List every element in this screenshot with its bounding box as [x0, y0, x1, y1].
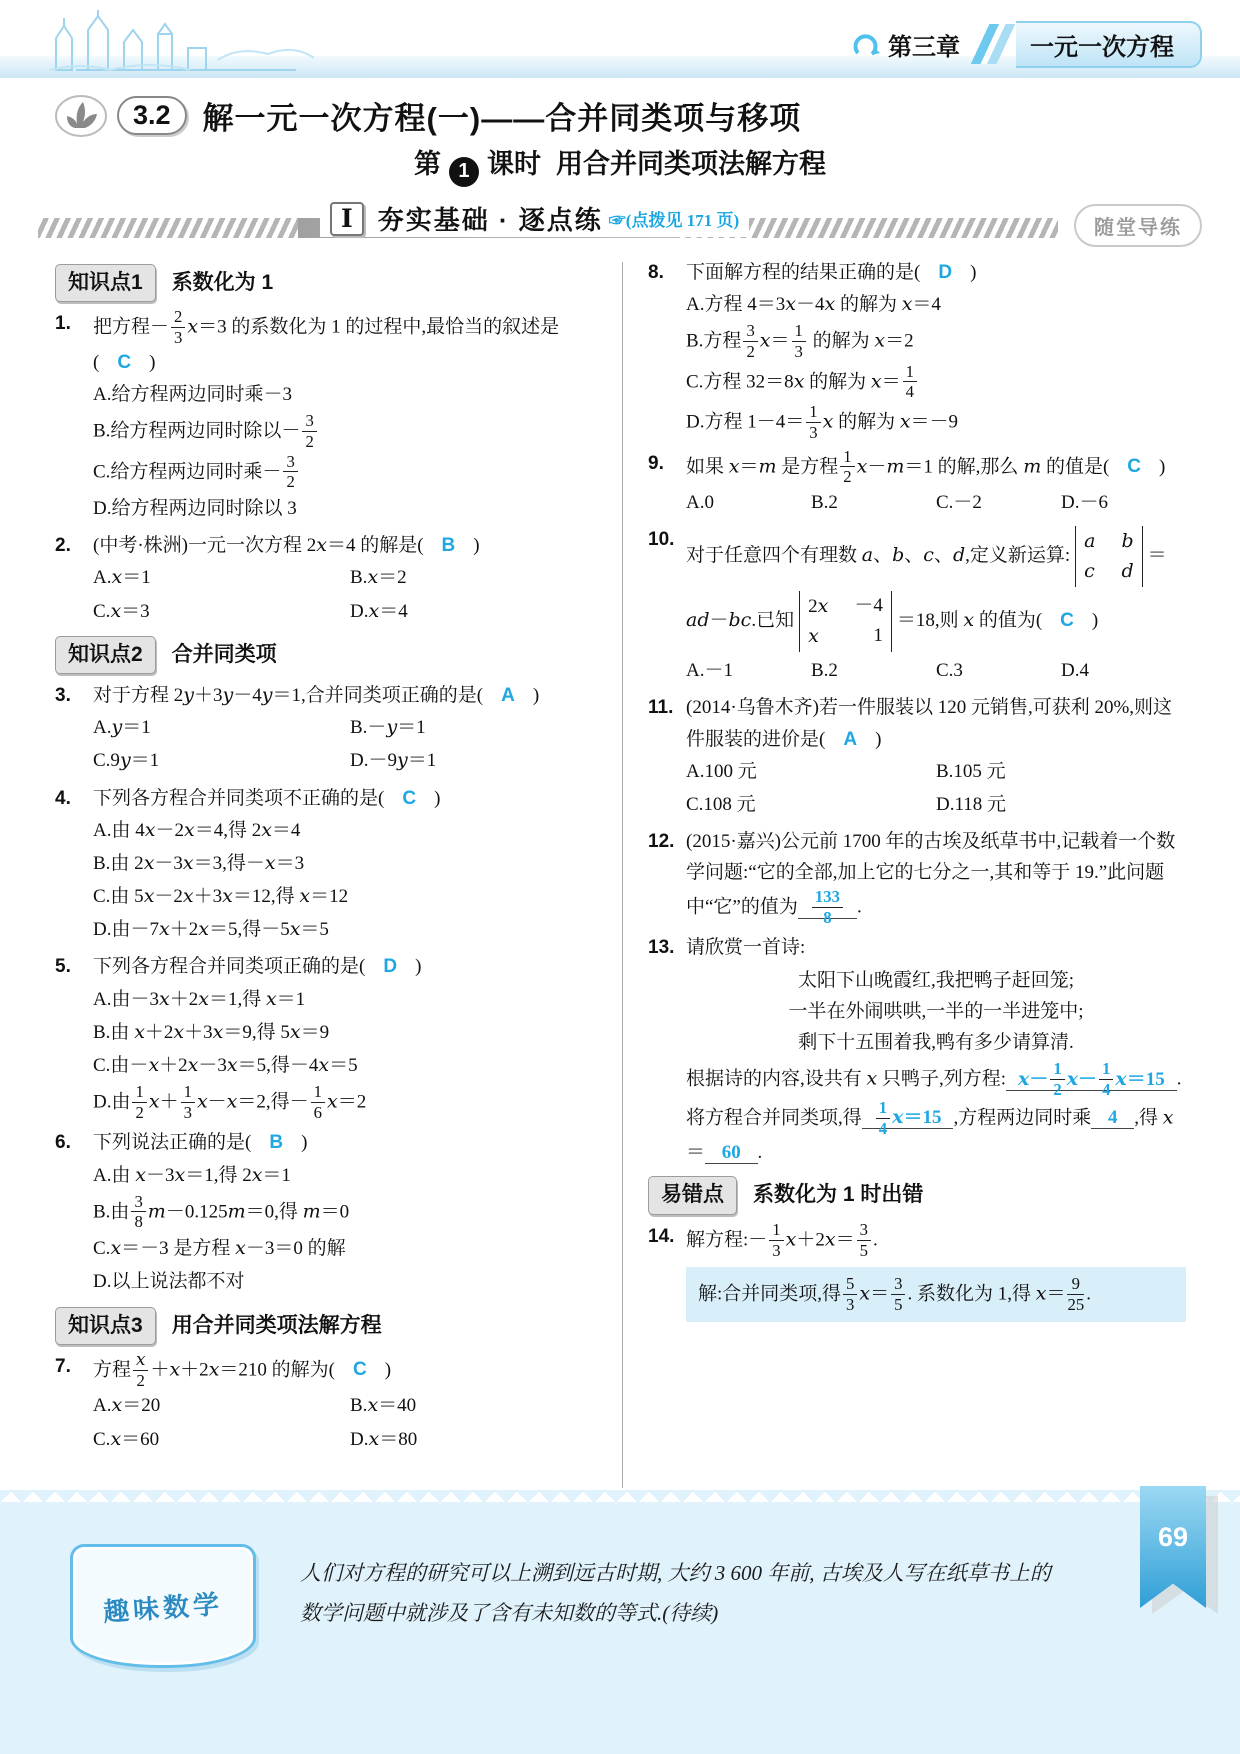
lesson-subtitle: 第1课时 用合并同类项法解方程: [0, 142, 1240, 187]
question-number: 10.: [648, 524, 686, 687]
question-body: 下列说法正确的是(B)A.由 x－3x＝1,得 2x＝1B.由38m－0.125…: [93, 1127, 607, 1298]
option-row: C.9y＝1D.－9y＝1: [93, 744, 607, 777]
option: A.100 元: [686, 755, 936, 788]
option-row: A.100 元B.105 元: [686, 755, 1186, 788]
option: D.由－7x＋2x＝5,得－5x＝5: [93, 913, 607, 946]
question-stem: (2015·嘉兴)公元前 1700 年的古埃及纸草书中,记载着一个数学问题:“它…: [686, 826, 1186, 927]
knowledge-point-title: 系数化为 1 时出错: [753, 1178, 923, 1212]
question-number: 8.: [648, 257, 686, 443]
option: D.给方程两边同时除以 3: [93, 492, 607, 525]
option: D.以上说法都不对: [93, 1265, 607, 1298]
option: B.给方程两边同时除以－32: [93, 411, 607, 451]
option-row: A.方程 4＝3x－4x 的解为 x＝4: [686, 288, 1186, 321]
banner-title: 夯实基础 · 逐点练: [378, 200, 603, 237]
question-number: 4.: [55, 783, 93, 947]
option: B.由38m－0.125m＝0,得 m＝0: [93, 1192, 607, 1232]
fill-answer: x－12x－14x＝15: [1006, 1069, 1177, 1091]
question-4: 4.下列各方程合并同类项不正确的是(C)A.由 4x－2x＝4,得 2x＝4B.…: [55, 783, 607, 947]
fraction: 38: [131, 1193, 145, 1231]
question-number: 1.: [55, 308, 93, 525]
knowledge-point-badge: 知识点1: [55, 264, 156, 302]
fun-math-badge-label: 趣味数学: [102, 1583, 224, 1628]
workbook-page: 第三章 一元一次方程 3.2 解一元一次方程(一)——合并同类项与移项 第1课时…: [0, 0, 1240, 1754]
fraction: x2: [133, 1351, 148, 1389]
question-number: 9.: [648, 448, 686, 520]
question-1: 1.把方程－23x＝3 的系数化为 1 的过程中,最恰当的叙述是(C)A.给方程…: [55, 308, 607, 525]
curved-arrow-icon: [852, 29, 882, 59]
option: B.由 x＋2x＋3x＝9,得 5x＝9: [93, 1016, 607, 1049]
castle-illustration: [48, 8, 328, 74]
column-divider: [622, 262, 623, 1488]
question-stem: 下列各方程合并同类项正确的是(D): [93, 951, 607, 982]
answer-letter: D: [938, 262, 952, 283]
lesson-mid: 课时: [487, 149, 541, 179]
question-11: 11.(2014·乌鲁木齐)若一件服装以 120 元销售,可获利 20%,则这件…: [648, 692, 1186, 821]
option-row: A.x＝20B.x＝40: [93, 1389, 607, 1422]
chapter-tab: 第三章 一元一次方程: [852, 24, 1202, 64]
question-body: 把方程－23x＝3 的系数化为 1 的过程中,最恰当的叙述是(C)A.给方程两边…: [93, 308, 607, 525]
option-row: B.由38m－0.125m＝0,得 m＝0: [93, 1192, 607, 1232]
knowledge-point-badge: 知识点2: [55, 636, 156, 674]
fraction: 32: [743, 322, 757, 360]
fraction: 16: [311, 1083, 325, 1121]
option-row: B.给方程两边同时除以－32: [93, 411, 607, 451]
options: A.给方程两边同时乘－3B.给方程两边同时除以－32C.给方程两边同时乘－32D…: [93, 378, 607, 525]
option-row: B.由 2x－3x＝3,得－x＝3: [93, 847, 607, 880]
option: B.2: [811, 654, 936, 687]
chapter-title: 一元一次方程: [1016, 21, 1202, 68]
fraction: 35: [857, 1221, 871, 1259]
lesson-title: 用合并同类项法解方程: [556, 149, 826, 179]
determinant: abcd: [1075, 526, 1143, 587]
option-row: C.x＝3D.x＝4: [93, 595, 607, 628]
question-stem: 对于任意四个有理数 a、b、c、d,定义新运算:abcd＝ad－bc.已知2x－…: [686, 524, 1186, 654]
question-12: 12.(2015·嘉兴)公元前 1700 年的古埃及纸草书中,记载着一个数学问题…: [648, 826, 1186, 927]
option-row: D.以上说法都不对: [93, 1265, 607, 1298]
question-number: 5.: [55, 951, 93, 1122]
question-body: 请欣赏一首诗:太阳下山晚霞红,我把鸭子赶回笼;一半在外闹哄哄,一半的一半进笼中;…: [686, 932, 1186, 1169]
answer-letter: B: [442, 535, 456, 556]
option: A.给方程两边同时乘－3: [93, 378, 607, 411]
option-row: A.－1B.2C.3D.4: [686, 654, 1186, 687]
leaf-icon: [55, 92, 107, 138]
knowledge-point-row: 易错点系数化为 1 时出错: [648, 1176, 1186, 1214]
question-stem: 解方程:－13x＋2x＝35.: [686, 1221, 1186, 1259]
question-body: 解方程:－13x＋2x＝35.解:合并同类项,得53x＝35. 系数化为 1,得…: [686, 1221, 1186, 1322]
option-row: A.y＝1B.－y＝1: [93, 711, 607, 744]
chapter-label: 第三章: [888, 27, 960, 62]
option: C.3: [936, 654, 1061, 687]
fraction: 13: [181, 1083, 195, 1121]
question-stem: 请欣赏一首诗:: [686, 932, 1186, 963]
option: A.由－3x＋2x＝1,得 x＝1: [93, 983, 607, 1016]
banner-hint: ☞(点拨见 171 页): [609, 206, 739, 231]
fraction: 32: [283, 453, 297, 491]
fraction: 13: [792, 322, 806, 360]
option: A.－1: [686, 654, 811, 687]
question-body: (中考·株洲)一元一次方程 2x＝4 的解是(B)A.x＝1B.x＝2C.x＝3…: [93, 530, 607, 627]
fun-math-badge: 趣味数学: [70, 1544, 256, 1668]
question-body: (2014·乌鲁木齐)若一件服装以 120 元销售,可获利 20%,则这件服装的…: [686, 692, 1186, 821]
option: D.4: [1061, 654, 1186, 687]
options: A.y＝1B.－y＝1C.9y＝1D.－9y＝1: [93, 711, 607, 777]
section-number: 3.2: [117, 96, 187, 135]
option: D.由12x＋13x－x＝2,得－16x＝2: [93, 1082, 607, 1122]
options: A.由 x－3x＝1,得 2x＝1B.由38m－0.125m＝0,得 m＝0C.…: [93, 1159, 607, 1299]
question-number: 2.: [55, 530, 93, 627]
fraction: 14: [1099, 1060, 1113, 1098]
question-6: 6.下列说法正确的是(B)A.由 x－3x＝1,得 2x＝1B.由38m－0.1…: [55, 1127, 607, 1298]
fill-answer: 60: [705, 1142, 758, 1164]
question-stem: 下列各方程合并同类项不正确的是(C): [93, 783, 607, 814]
answer-letter: C: [1127, 456, 1141, 477]
option: B.2: [811, 486, 936, 519]
options: A.由 4x－2x＝4,得 2x＝4B.由 2x－3x＝3,得－x＝3C.由 5…: [93, 814, 607, 947]
knowledge-point-row: 知识点3用合并同类项法解方程: [55, 1307, 607, 1345]
question-number: 14.: [648, 1221, 686, 1322]
options: A.－1B.2C.3D.4: [686, 654, 1186, 687]
question-body: 下列各方程合并同类项正确的是(D)A.由－3x＋2x＝1,得 x＝1B.由 x＋…: [93, 951, 607, 1122]
option: A.0: [686, 486, 811, 519]
question-2: 2.(中考·株洲)一元一次方程 2x＝4 的解是(B)A.x＝1B.x＝2C.x…: [55, 530, 607, 627]
option-row: D.给方程两边同时除以 3: [93, 492, 607, 525]
fill-answer: 1338: [798, 897, 857, 919]
options: A.0B.2C.－2D.－6: [686, 486, 1186, 519]
question-stem: 下列说法正确的是(B): [93, 1127, 607, 1158]
option: A.x＝1: [93, 561, 350, 594]
knowledge-point-row: 知识点2合并同类项: [55, 636, 607, 674]
fraction: 53: [843, 1275, 857, 1313]
poem-line: 一半在外闹哄哄,一半的一半进笼中;: [686, 996, 1186, 1027]
fraction: 925: [1067, 1275, 1084, 1313]
options: A.x＝20B.x＝40C.x＝60D.x＝80: [93, 1389, 607, 1455]
question-number: 11.: [648, 692, 686, 821]
question-stem: 下面解方程的结果正确的是(D): [686, 257, 1186, 288]
banner-roman: Ⅰ: [330, 202, 364, 236]
knowledge-point-title: 合并同类项: [172, 638, 277, 672]
fraction: 12: [132, 1083, 146, 1121]
footer-band: 69 趣味数学 人们对方程的研究可以上溯到远古时期, 大约 3 600 年前, …: [0, 1502, 1240, 1754]
question-body: 对于方程 2y＋3y－4y＝1,合并同类项正确的是(A)A.y＝1B.－y＝1C…: [93, 680, 607, 777]
options: A.由－3x＋2x＝1,得 x＝1B.由 x＋2x＋3x＝9,得 5x＝9C.由…: [93, 983, 607, 1123]
fraction: 13: [769, 1221, 783, 1259]
question-stem: 如果 x＝m 是方程12x－m＝1 的解,那么 m 的值是(C): [686, 448, 1186, 486]
question-stem: 把方程－23x＝3 的系数化为 1 的过程中,最恰当的叙述是(C): [93, 308, 607, 378]
lesson-prefix: 第: [414, 149, 441, 179]
question-number: 13.: [648, 932, 686, 1169]
option: A.方程 4＝3x－4x 的解为 x＝4: [686, 288, 1186, 321]
option: C.给方程两边同时乘－32: [93, 452, 607, 492]
banner-hatch-left: [38, 218, 298, 238]
option-row: C.方程 32＝8x 的解为 x＝14: [686, 362, 1186, 402]
question-3: 3.对于方程 2y＋3y－4y＝1,合并同类项正确的是(A)A.y＝1B.－y＝…: [55, 680, 607, 777]
option-row: A.由 4x－2x＝4,得 2x＝4: [93, 814, 607, 847]
lesson-number-badge: 1: [449, 157, 479, 187]
option: A.x＝20: [93, 1389, 350, 1422]
knowledge-point-title: 系数化为 1: [172, 266, 274, 300]
knowledge-point-badge: 易错点: [648, 1176, 737, 1214]
option: C.方程 32＝8x 的解为 x＝14: [686, 362, 1186, 402]
section-title-row: 3.2 解一元一次方程(一)——合并同类项与移项: [55, 92, 801, 138]
question-13: 13.请欣赏一首诗:太阳下山晚霞红,我把鸭子赶回笼;一半在外闹哄哄,一半的一半进…: [648, 932, 1186, 1169]
question-5: 5.下列各方程合并同类项正确的是(D)A.由－3x＋2x＝1,得 x＝1B.由 …: [55, 951, 607, 1122]
answer-letter: B: [269, 1132, 283, 1153]
side-label-cloud: 随堂导练: [1074, 204, 1202, 247]
option: D.－9y＝1: [350, 744, 607, 777]
option: A.由 x－3x＝1,得 2x＝1: [93, 1159, 607, 1192]
section-title: 解一元一次方程(一)——合并同类项与移项: [203, 93, 802, 138]
knowledge-point-row: 知识点1系数化为 1: [55, 264, 607, 302]
option-row: B.方程32x＝13 的解为 x＝2: [686, 321, 1186, 361]
option-row: C.x＝－3 是方程 x－3＝0 的解: [93, 1232, 607, 1265]
fun-math-text: 人们对方程的研究可以上溯到远古时期, 大约 3 600 年前, 古埃及人写在纸草…: [300, 1554, 1060, 1634]
banner-title-box: Ⅰ 夯实基础 · 逐点练 ☞(点拨见 171 页): [320, 200, 749, 237]
question-stem: 将方程合并同类项,得14x＝15,方程两边同时乘 4 ,得 x＝ 60 .: [686, 1099, 1186, 1169]
question-7: 7.方程x2＋x＋2x＝210 的解为(C)A.x＝20B.x＝40C.x＝60…: [55, 1351, 607, 1456]
answer-letter: C: [117, 352, 131, 373]
fraction: 1338: [812, 888, 843, 926]
option: D.x＝80: [350, 1423, 607, 1456]
fill-answer: 4: [1091, 1107, 1134, 1129]
fraction: 12: [1050, 1060, 1064, 1098]
option: B.x＝40: [350, 1389, 607, 1422]
option: C.9y＝1: [93, 744, 350, 777]
right-column: 8.下面解方程的结果正确的是(D)A.方程 4＝3x－4x 的解为 x＝4B.方…: [648, 256, 1186, 1496]
solution-box: 解:合并同类项,得53x＝35. 系数化为 1,得 x＝925.: [686, 1267, 1186, 1321]
option-row: A.0B.2C.－2D.－6: [686, 486, 1186, 519]
question-body: 下面解方程的结果正确的是(D)A.方程 4＝3x－4x 的解为 x＝4B.方程3…: [686, 257, 1186, 443]
poem-line: 太阳下山晚霞红,我把鸭子赶回笼;: [686, 965, 1186, 996]
knowledge-point-badge: 知识点3: [55, 1307, 156, 1345]
question-number: 7.: [55, 1351, 93, 1456]
option-row: C.x＝60D.x＝80: [93, 1423, 607, 1456]
question-number: 3.: [55, 680, 93, 777]
answer-letter: C: [353, 1359, 367, 1380]
fraction: 13: [806, 403, 820, 441]
poem: 太阳下山晚霞红,我把鸭子赶回笼;一半在外闹哄哄,一半的一半进笼中;剩下十五围着我…: [686, 965, 1186, 1058]
option-row: C.由－x＋2x－3x＝5,得－4x＝5: [93, 1049, 607, 1082]
question-9: 9.如果 x＝m 是方程12x－m＝1 的解,那么 m 的值是(C)A.0B.2…: [648, 448, 1186, 520]
answer-letter: A: [843, 729, 857, 750]
option: C.x＝－3 是方程 x－3＝0 的解: [93, 1232, 607, 1265]
option: C.－2: [936, 486, 1061, 519]
option: D.118 元: [936, 788, 1186, 821]
fraction: 35: [891, 1275, 905, 1313]
answer-letter: C: [402, 788, 416, 809]
fraction: 23: [171, 308, 185, 346]
question-14: 14.解方程:－13x＋2x＝35.解:合并同类项,得53x＝35. 系数化为 …: [648, 1221, 1186, 1322]
question-body: 下列各方程合并同类项不正确的是(C)A.由 4x－2x＝4,得 2x＝4B.由 …: [93, 783, 607, 947]
option: C.由－x＋2x－3x＝5,得－4x＝5: [93, 1049, 607, 1082]
question-stem: (2014·乌鲁木齐)若一件服装以 120 元销售,可获利 20%,则这件服装的…: [686, 692, 1186, 754]
option-row: C.给方程两边同时乘－32: [93, 452, 607, 492]
fraction: 32: [302, 412, 316, 450]
options: A.100 元B.105 元C.108 元D.118 元: [686, 755, 1186, 821]
tab-divider: [970, 24, 1016, 64]
question-body: 方程x2＋x＋2x＝210 的解为(C)A.x＝20B.x＝40C.x＝60D.…: [93, 1351, 607, 1456]
options: A.方程 4＝3x－4x 的解为 x＝4B.方程32x＝13 的解为 x＝2C.…: [686, 288, 1186, 442]
answer-letter: A: [501, 685, 515, 706]
option: C.x＝60: [93, 1423, 350, 1456]
option: B.方程32x＝13 的解为 x＝2: [686, 321, 1186, 361]
question-stem: 方程x2＋x＋2x＝210 的解为(C): [93, 1351, 607, 1389]
option: B.由 2x－3x＝3,得－x＝3: [93, 847, 607, 880]
options: A.x＝1B.x＝2C.x＝3D.x＝4: [93, 561, 607, 627]
poem-line: 剩下十五围着我,鸭有多少请算清.: [686, 1027, 1186, 1058]
question-body: (2015·嘉兴)公元前 1700 年的古埃及纸草书中,记载着一个数学问题:“它…: [686, 826, 1186, 927]
question-8: 8.下面解方程的结果正确的是(D)A.方程 4＝3x－4x 的解为 x＝4B.方…: [648, 257, 1186, 443]
option: C.x＝3: [93, 595, 350, 628]
option: C.由 5x－2x＋3x＝12,得 x＝12: [93, 880, 607, 913]
question-stem: 根据诗的内容,设共有 x 只鸭子,列方程:x－12x－14x＝15.: [686, 1060, 1186, 1098]
option-row: C.108 元D.118 元: [686, 788, 1186, 821]
option-row: A.x＝1B.x＝2: [93, 561, 607, 594]
answer-letter: C: [1060, 610, 1074, 631]
fraction: 14: [903, 363, 917, 401]
option: D.方程 1－4＝13x 的解为 x＝－9: [686, 402, 1186, 442]
question-stem: 对于方程 2y＋3y－4y＝1,合并同类项正确的是(A): [93, 680, 607, 711]
option-row: B.由 x＋2x＋3x＝9,得 5x＝9: [93, 1016, 607, 1049]
option: B.－y＝1: [350, 711, 607, 744]
answer-letter: D: [383, 956, 397, 977]
option-row: A.由－3x＋2x＝1,得 x＝1: [93, 983, 607, 1016]
question-stem: (中考·株洲)一元一次方程 2x＝4 的解是(B): [93, 530, 607, 561]
question-number: 12.: [648, 826, 686, 927]
left-column: 知识点1系数化为 11.把方程－23x＝3 的系数化为 1 的过程中,最恰当的叙…: [55, 256, 607, 1496]
option: B.x＝2: [350, 561, 607, 594]
option: A.y＝1: [93, 711, 350, 744]
option-row: A.给方程两边同时乘－3: [93, 378, 607, 411]
question-10: 10.对于任意四个有理数 a、b、c、d,定义新运算:abcd＝ad－bc.已知…: [648, 524, 1186, 687]
question-number: 6.: [55, 1127, 93, 1298]
option: D.x＝4: [350, 595, 607, 628]
option-row: A.由 x－3x＝1,得 2x＝1: [93, 1159, 607, 1192]
knowledge-point-title: 用合并同类项法解方程: [172, 1309, 382, 1343]
section-banner: Ⅰ 夯实基础 · 逐点练 ☞(点拨见 171 页) 随堂导练: [38, 200, 1202, 242]
option: B.105 元: [936, 755, 1186, 788]
option-row: D.由－7x＋2x＝5,得－5x＝5: [93, 913, 607, 946]
fill-answer: 14x＝15: [862, 1107, 954, 1129]
fraction: 12: [840, 448, 854, 486]
option: A.由 4x－2x＝4,得 2x＝4: [93, 814, 607, 847]
determinant: 2x－4x1: [799, 591, 892, 652]
question-body: 如果 x＝m 是方程12x－m＝1 的解,那么 m 的值是(C)A.0B.2C.…: [686, 448, 1186, 520]
question-body: 对于任意四个有理数 a、b、c、d,定义新运算:abcd＝ad－bc.已知2x－…: [686, 524, 1186, 687]
option: D.－6: [1061, 486, 1186, 519]
option: C.108 元: [686, 788, 936, 821]
option-row: D.方程 1－4＝13x 的解为 x＝－9: [686, 402, 1186, 442]
option-row: C.由 5x－2x＋3x＝12,得 x＝12: [93, 880, 607, 913]
option-row: D.由12x＋13x－x＝2,得－16x＝2: [93, 1082, 607, 1122]
fraction: 14: [876, 1099, 890, 1137]
